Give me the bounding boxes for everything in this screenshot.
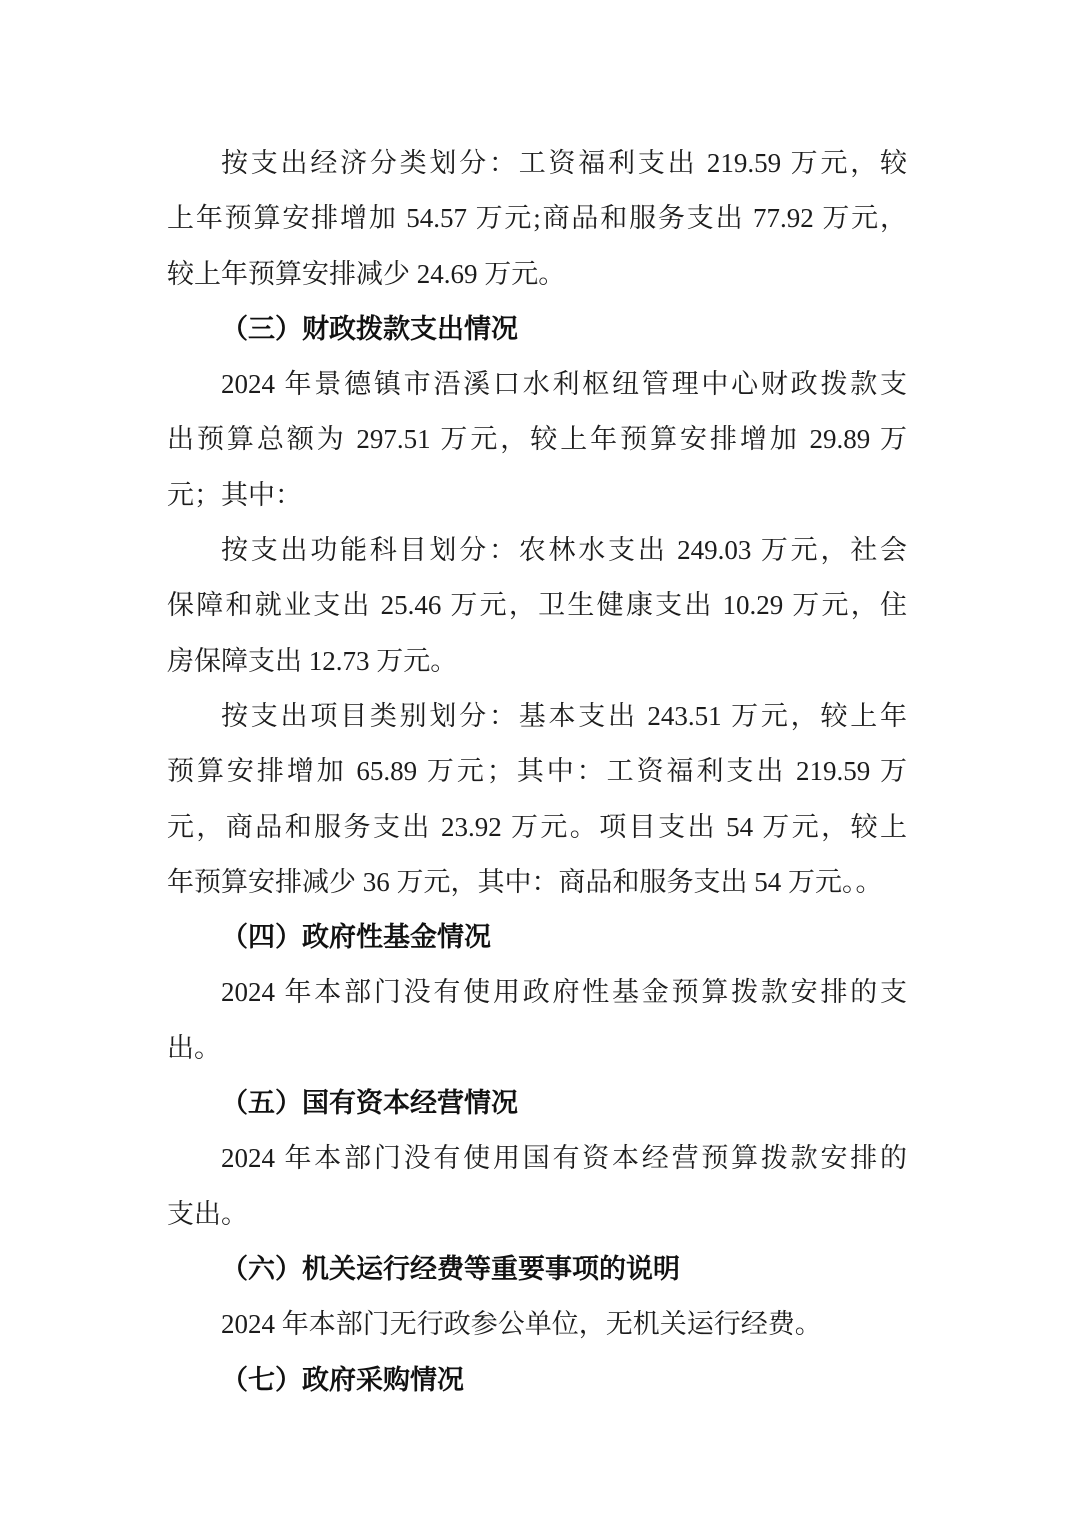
text-line: 较上年预算安排减少 24.69 万元。 xyxy=(167,247,907,302)
text-line: 2024 年本部门无行政参公单位，无机关运行经费。 xyxy=(167,1297,907,1352)
document-page: 按支出经济分类划分：工资福利支出 219.59 万元，较上年预算安排增加 54.… xyxy=(0,0,1074,1520)
section-heading: （六）机关运行经费等重要事项的说明 xyxy=(167,1242,907,1297)
text-line: 上年预算安排增加 54.57 万元;商品和服务支出 77.92 万元， xyxy=(167,191,907,246)
text-line: 元，商品和服务支出 23.92 万元。项目支出 54 万元，较上 xyxy=(167,800,907,855)
text-line: 出预算总额为 297.51 万元，较上年预算安排增加 29.89 万 xyxy=(167,412,907,467)
section-heading: （五）国有资本经营情况 xyxy=(167,1076,907,1131)
text-line: 按支出经济分类划分：工资福利支出 219.59 万元，较 xyxy=(167,136,907,191)
text-line: 2024 年景德镇市浯溪口水利枢纽管理中心财政拨款支 xyxy=(167,357,907,412)
text-line: 支出。 xyxy=(167,1187,907,1242)
text-line: 预算安排增加 65.89 万元；其中：工资福利支出 219.59 万 xyxy=(167,744,907,799)
text-line: 保障和就业支出 25.46 万元，卫生健康支出 10.29 万元，住 xyxy=(167,578,907,633)
text-line: 房保障支出 12.73 万元。 xyxy=(167,634,907,689)
text-line: 出。 xyxy=(167,1021,907,1076)
text-line: 2024 年本部门没有使用国有资本经营预算拨款安排的 xyxy=(167,1131,907,1186)
document-body: 按支出经济分类划分：工资福利支出 219.59 万元，较上年预算安排增加 54.… xyxy=(167,136,907,1408)
text-line: 元；其中： xyxy=(167,468,907,523)
text-line: 2024 年本部门没有使用政府性基金预算拨款安排的支 xyxy=(167,965,907,1020)
text-line: 按支出项目类别划分：基本支出 243.51 万元，较上年 xyxy=(167,689,907,744)
text-line: 年预算安排减少 36 万元，其中：商品和服务支出 54 万元。。 xyxy=(167,855,907,910)
text-line: 按支出功能科目划分：农林水支出 249.03 万元，社会 xyxy=(167,523,907,578)
section-heading: （三）财政拨款支出情况 xyxy=(167,302,907,357)
section-heading: （四）政府性基金情况 xyxy=(167,910,907,965)
section-heading: （七）政府采购情况 xyxy=(167,1353,907,1408)
